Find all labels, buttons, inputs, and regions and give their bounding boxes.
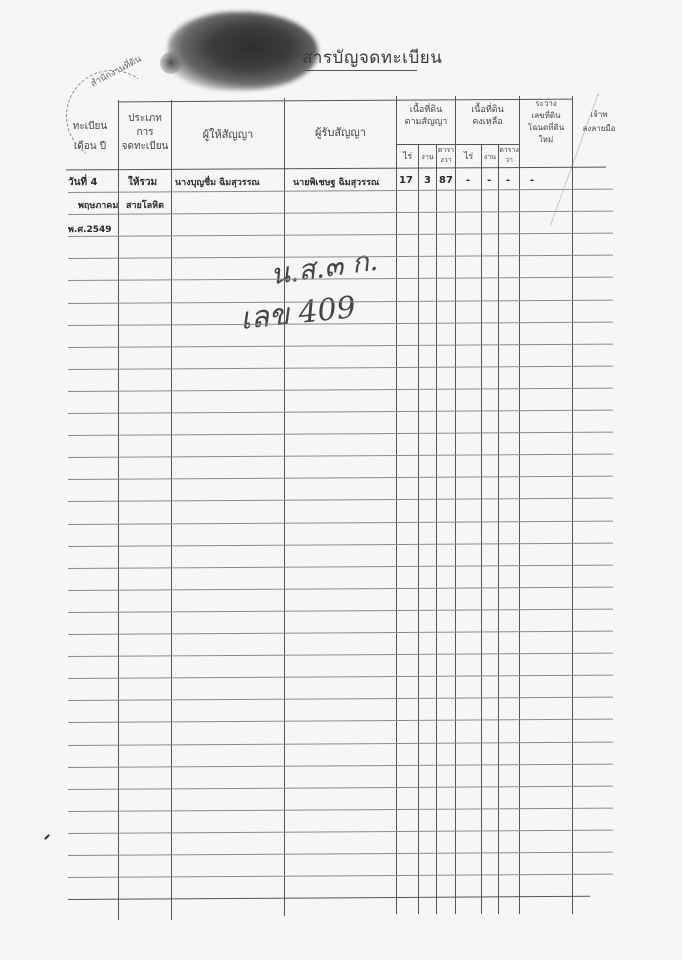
- col-divider-2: [171, 100, 172, 920]
- entry-remaining-wa: -: [506, 175, 510, 186]
- col-divider-3: [284, 98, 285, 916]
- ink-smudge-small: [160, 52, 182, 74]
- ledger-row-line: [68, 233, 613, 237]
- ledger-row-line: [68, 741, 613, 745]
- entry-grantee: นายพิเชษฐ ฉิมสุวรรณ: [293, 175, 379, 189]
- ledger-row-line: [68, 830, 613, 834]
- subheader-ngan: งาน: [419, 150, 436, 164]
- ledger-row-line: [68, 454, 613, 458]
- ledger-row-line: [68, 586, 613, 590]
- header-new-deed: ระวาง เลขที่ดิน โฉนดที่ดิน ใหม่: [520, 98, 572, 146]
- entry-remaining-ngan: -: [487, 175, 491, 186]
- ledger-row-line: [68, 763, 613, 767]
- ledger-row-line: [68, 410, 613, 414]
- header-grantor: ผู้ให้สัญญา: [172, 128, 284, 142]
- entry-contract-ngan: 3: [424, 175, 431, 186]
- ledger-row-line: [68, 807, 613, 811]
- header-registration-type: ประเภท การ จดทะเบียน: [119, 112, 171, 154]
- table-top-border: [118, 99, 573, 103]
- ledger-row-line: [68, 432, 613, 436]
- header-date: ทะเบียน เดือน ปี: [60, 120, 120, 154]
- entry-date-year: พ.ศ.2549: [68, 222, 112, 236]
- ledger-row-line: [68, 365, 613, 369]
- ledger-row-line: [68, 343, 613, 347]
- col-divider-5: [418, 144, 419, 914]
- ledger-row-line: [68, 785, 613, 789]
- ledger-row-line: [68, 388, 613, 392]
- ledger-row-line: [68, 874, 613, 878]
- col-divider-4: [396, 96, 397, 914]
- ledger-row-line: [68, 675, 613, 679]
- entry-grantor: นางบุญชื่ม ฉิมสุวรรณ: [175, 175, 260, 189]
- subheader-rai-remaining: ไร่: [456, 150, 481, 164]
- header-area-contract: เนื้อที่ดิน ตามสัญญา: [397, 104, 455, 128]
- ledger-row-line: [68, 542, 613, 546]
- document-title: สารบัญจดทะเบียน: [302, 44, 442, 71]
- entry-remaining-rai: -: [466, 175, 470, 186]
- pen-mark: [44, 834, 50, 840]
- ledger-row-line: [68, 520, 613, 524]
- entry-new-deed: -: [530, 175, 534, 186]
- ledger-row-line: [68, 476, 613, 480]
- subheader-ngan-remaining: งาน: [482, 150, 498, 164]
- entry-type: ให้รวม: [128, 175, 157, 190]
- col-divider-1: [118, 100, 119, 920]
- col-divider-10: [519, 96, 520, 914]
- ledger-row-line: [68, 653, 613, 657]
- handwritten-note-line2: เลข 409: [238, 284, 358, 343]
- header-area-remaining: เนื้อที่ดิน คงเหลือ: [456, 104, 519, 128]
- header-official: เจ้าพ ลงลายมือ: [574, 108, 624, 136]
- ledger-row-line: [68, 631, 613, 635]
- subheader-wa: ตารางวา: [437, 145, 455, 165]
- header-bottom-border: [66, 167, 606, 171]
- ledger-row-line: [68, 852, 613, 856]
- entry-type-line2: สายโลหิต: [126, 198, 164, 212]
- ledger-row-line: [68, 719, 613, 723]
- title-underline: [305, 70, 417, 71]
- header-grantee: ผู้รับสัญญา: [285, 126, 396, 140]
- entry-date-day: วันที่ 4: [68, 175, 97, 190]
- col-divider-11: [572, 96, 573, 914]
- entry-contract-wa: 87: [439, 175, 453, 186]
- col-divider-6: [436, 144, 437, 914]
- entry-contract-rai: 17: [399, 175, 413, 186]
- ink-smudge: [168, 12, 318, 90]
- ledger-row-line: [68, 896, 590, 900]
- entry-date-month: พฤษภาคม: [78, 198, 118, 212]
- ledger-row-line: [68, 697, 613, 701]
- col-divider-7: [455, 96, 456, 914]
- ledger-row-line: [68, 564, 613, 568]
- ledger-row-line: [68, 498, 613, 502]
- subheader-rai: ไร่: [397, 150, 418, 164]
- col-divider-9: [498, 144, 499, 914]
- col-divider-8: [481, 144, 482, 914]
- ledger-row-line: [68, 609, 613, 613]
- subheader-wa-remaining: ตารางวา: [499, 145, 519, 165]
- scanned-document-page: สารบัญจดทะเบียน สำนักงานที่ดิน ทะเบียน เ…: [0, 0, 682, 960]
